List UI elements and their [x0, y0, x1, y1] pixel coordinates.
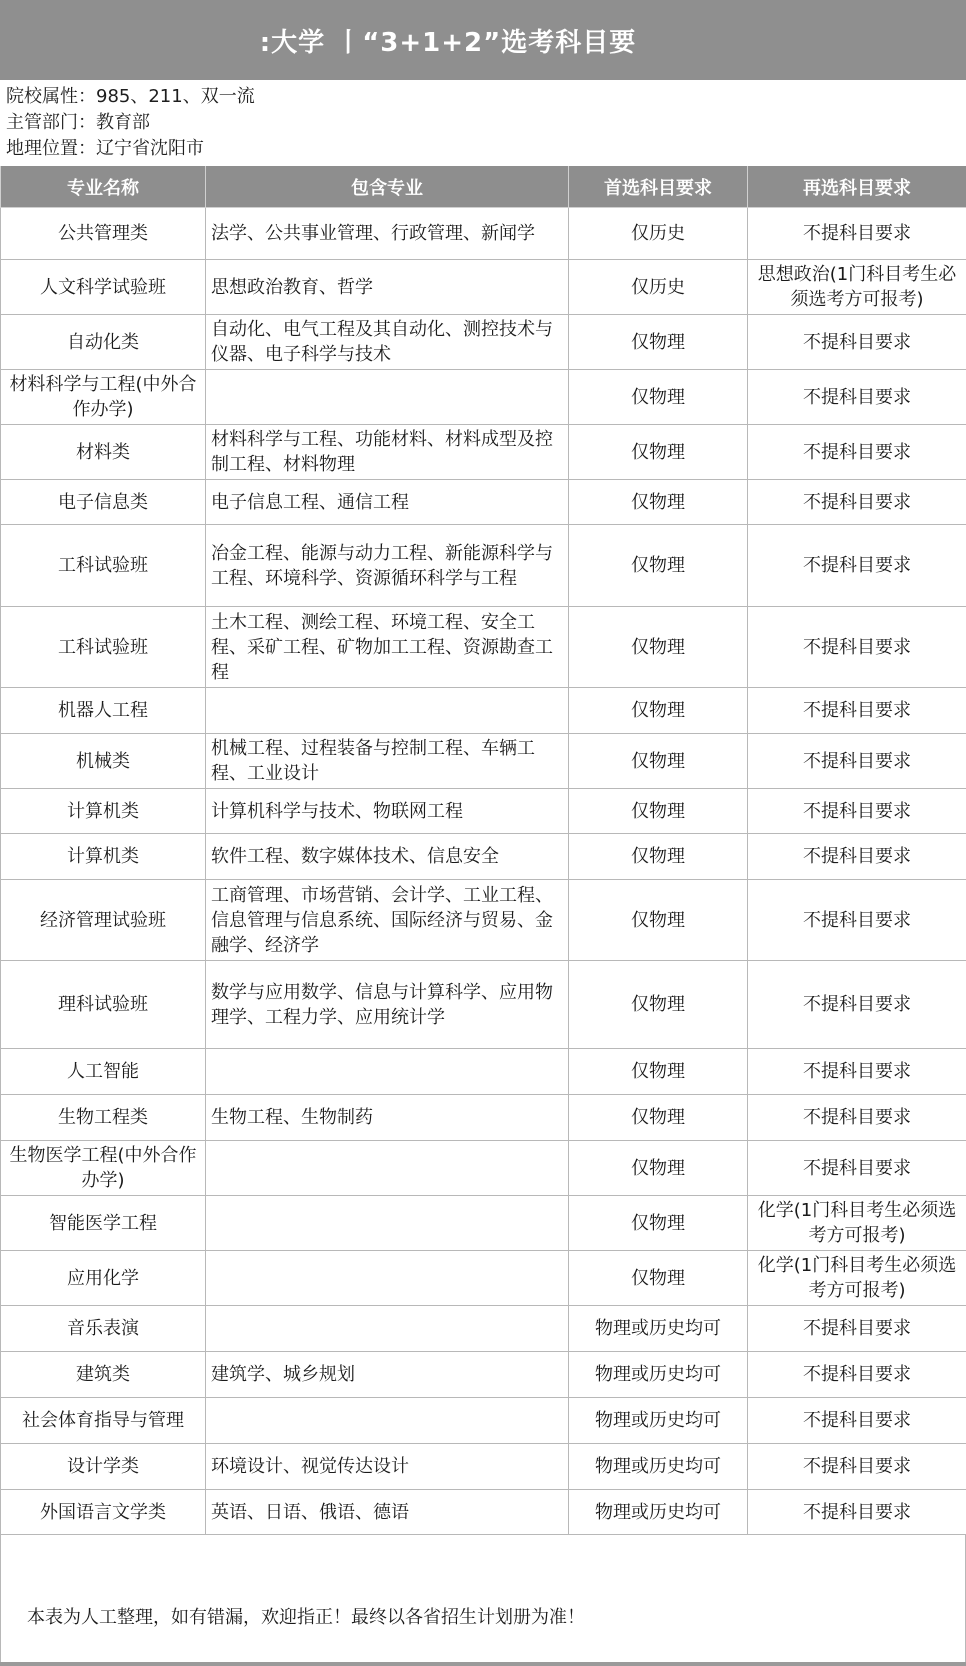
included-majors-cell: 软件工程、数字媒体技术、信息安全 — [206, 834, 569, 880]
included-majors-cell: 思想政治教育、哲学 — [206, 260, 569, 315]
table-row: 机器人工程仅物理不提科目要求 — [1, 688, 966, 734]
page-title: :大学 丨“3+1+2”选考科目要 — [260, 22, 636, 59]
included-majors-cell: 材料科学与工程、功能材料、材料成型及控制工程、材料物理 — [206, 425, 569, 480]
major-name-cell: 材料类 — [1, 425, 206, 480]
table-header-row: 专业名称 包含专业 首选科目要求 再选科目要求 — [1, 166, 966, 208]
table-row: 电子信息类电子信息工程、通信工程仅物理不提科目要求 — [1, 480, 966, 525]
second-subject-cell: 不提科目要求 — [748, 1352, 966, 1398]
table-row: 计算机类计算机科学与技术、物联网工程仅物理不提科目要求 — [1, 789, 966, 834]
table-row: 人文科学试验班思想政治教育、哲学仅历史思想政治(1门科目考生必须选考方可报考) — [1, 260, 966, 315]
major-name-cell: 外国语言文学类 — [1, 1490, 206, 1535]
table-row: 设计学类环境设计、视觉传达设计物理或历史均可不提科目要求 — [1, 1444, 966, 1490]
first-subject-cell: 仅物理 — [569, 370, 748, 425]
first-subject-cell: 仅物理 — [569, 1049, 748, 1095]
title-banner: :大学 丨“3+1+2”选考科目要 — [0, 0, 966, 80]
included-majors-cell: 建筑学、城乡规划 — [206, 1352, 569, 1398]
bottom-border — [0, 1662, 966, 1666]
first-subject-cell: 仅物理 — [569, 734, 748, 789]
table-row: 社会体育指导与管理物理或历史均可不提科目要求 — [1, 1398, 966, 1444]
included-majors-cell — [206, 1196, 569, 1251]
second-subject-cell: 化学(1门科目考生必须选考方可报考) — [748, 1251, 966, 1306]
included-majors-cell — [206, 1306, 569, 1352]
major-name-cell: 理科试验班 — [1, 961, 206, 1049]
major-name-cell: 机械类 — [1, 734, 206, 789]
footer-note: 本表为人工整理，如有错漏，欢迎指正！最终以各省招生计划册为准！ — [27, 1603, 585, 1629]
second-subject-cell: 不提科目要求 — [748, 607, 966, 688]
first-subject-cell: 仅物理 — [569, 480, 748, 525]
second-subject-cell: 不提科目要求 — [748, 208, 966, 260]
major-name-cell: 人文科学试验班 — [1, 260, 206, 315]
header-first-subject: 首选科目要求 — [569, 166, 748, 208]
second-subject-cell: 不提科目要求 — [748, 734, 966, 789]
major-name-cell: 计算机类 — [1, 834, 206, 880]
major-name-cell: 经济管理试验班 — [1, 880, 206, 961]
first-subject-cell: 仅物理 — [569, 525, 748, 607]
major-name-cell: 生物工程类 — [1, 1095, 206, 1141]
school-location: 地理位置：辽宁省沈阳市 — [6, 136, 255, 162]
major-name-cell: 应用化学 — [1, 1251, 206, 1306]
first-subject-cell: 仅历史 — [569, 260, 748, 315]
major-name-cell: 公共管理类 — [1, 208, 206, 260]
header-included-majors: 包含专业 — [206, 166, 569, 208]
header-second-subject: 再选科目要求 — [748, 166, 966, 208]
included-majors-cell: 生物工程、生物制药 — [206, 1095, 569, 1141]
major-name-cell: 工科试验班 — [1, 525, 206, 607]
major-name-cell: 计算机类 — [1, 789, 206, 834]
major-name-cell: 设计学类 — [1, 1444, 206, 1490]
major-name-cell: 机器人工程 — [1, 688, 206, 734]
table-row: 外国语言文学类英语、日语、俄语、德语物理或历史均可不提科目要求 — [1, 1490, 966, 1535]
table-row: 材料科学与工程(中外合作办学)仅物理不提科目要求 — [1, 370, 966, 425]
second-subject-cell: 不提科目要求 — [748, 1398, 966, 1444]
school-info: 院校属性：985、211、双一流 主管部门：教育部 地理位置：辽宁省沈阳市 — [6, 84, 255, 162]
second-subject-cell: 思想政治(1门科目考生必须选考方可报考) — [748, 260, 966, 315]
second-subject-cell: 不提科目要求 — [748, 1141, 966, 1196]
first-subject-cell: 仅物理 — [569, 1095, 748, 1141]
first-subject-cell: 物理或历史均可 — [569, 1490, 748, 1535]
table-row: 工科试验班冶金工程、能源与动力工程、新能源科学与工程、环境科学、资源循环科学与工… — [1, 525, 966, 607]
included-majors-cell: 数学与应用数学、信息与计算科学、应用物理学、工程力学、应用统计学 — [206, 961, 569, 1049]
table-row: 自动化类自动化、电气工程及其自动化、测控技术与仪器、电子科学与技术仅物理不提科目… — [1, 315, 966, 370]
table-row: 应用化学仅物理化学(1门科目考生必须选考方可报考) — [1, 1251, 966, 1306]
first-subject-cell: 仅物理 — [569, 1196, 748, 1251]
table-row: 经济管理试验班工商管理、市场营销、会计学、工业工程、信息管理与信息系统、国际经济… — [1, 880, 966, 961]
table-row: 建筑类建筑学、城乡规划物理或历史均可不提科目要求 — [1, 1352, 966, 1398]
table-row: 音乐表演物理或历史均可不提科目要求 — [1, 1306, 966, 1352]
included-majors-cell: 工商管理、市场营销、会计学、工业工程、信息管理与信息系统、国际经济与贸易、金融学… — [206, 880, 569, 961]
school-attributes: 院校属性：985、211、双一流 — [6, 84, 255, 110]
major-name-cell: 电子信息类 — [1, 480, 206, 525]
first-subject-cell: 物理或历史均可 — [569, 1352, 748, 1398]
second-subject-cell: 不提科目要求 — [748, 688, 966, 734]
second-subject-cell: 不提科目要求 — [748, 834, 966, 880]
second-subject-cell: 不提科目要求 — [748, 370, 966, 425]
first-subject-cell: 仅物理 — [569, 834, 748, 880]
table-row: 理科试验班数学与应用数学、信息与计算科学、应用物理学、工程力学、应用统计学仅物理… — [1, 961, 966, 1049]
first-subject-cell: 仅物理 — [569, 789, 748, 834]
major-name-cell: 人工智能 — [1, 1049, 206, 1095]
footer-note-box: 本表为人工整理，如有错漏，欢迎指正！最终以各省招生计划册为准！ — [0, 1534, 966, 1663]
first-subject-cell: 仅物理 — [569, 315, 748, 370]
table-row: 材料类材料科学与工程、功能材料、材料成型及控制工程、材料物理仅物理不提科目要求 — [1, 425, 966, 480]
included-majors-cell — [206, 1141, 569, 1196]
table-row: 生物医学工程(中外合作办学)仅物理不提科目要求 — [1, 1141, 966, 1196]
major-name-cell: 音乐表演 — [1, 1306, 206, 1352]
first-subject-cell: 仅物理 — [569, 880, 748, 961]
included-majors-cell: 法学、公共事业管理、行政管理、新闻学 — [206, 208, 569, 260]
second-subject-cell: 不提科目要求 — [748, 1444, 966, 1490]
second-subject-cell: 不提科目要求 — [748, 1306, 966, 1352]
included-majors-cell: 冶金工程、能源与动力工程、新能源科学与工程、环境科学、资源循环科学与工程 — [206, 525, 569, 607]
table-row: 机械类机械工程、过程装备与控制工程、车辆工程、工业设计仅物理不提科目要求 — [1, 734, 966, 789]
second-subject-cell: 化学(1门科目考生必须选考方可报考) — [748, 1196, 966, 1251]
table-row: 计算机类软件工程、数字媒体技术、信息安全仅物理不提科目要求 — [1, 834, 966, 880]
included-majors-cell: 自动化、电气工程及其自动化、测控技术与仪器、电子科学与技术 — [206, 315, 569, 370]
major-name-cell: 自动化类 — [1, 315, 206, 370]
major-name-cell: 工科试验班 — [1, 607, 206, 688]
included-majors-cell — [206, 1398, 569, 1444]
second-subject-cell: 不提科目要求 — [748, 525, 966, 607]
major-name-cell: 社会体育指导与管理 — [1, 1398, 206, 1444]
major-name-cell: 生物医学工程(中外合作办学) — [1, 1141, 206, 1196]
included-majors-cell — [206, 1049, 569, 1095]
included-majors-cell — [206, 688, 569, 734]
included-majors-cell: 计算机科学与技术、物联网工程 — [206, 789, 569, 834]
first-subject-cell: 仅物理 — [569, 607, 748, 688]
first-subject-cell: 物理或历史均可 — [569, 1398, 748, 1444]
second-subject-cell: 不提科目要求 — [748, 1095, 966, 1141]
second-subject-cell: 不提科目要求 — [748, 961, 966, 1049]
table-row: 公共管理类法学、公共事业管理、行政管理、新闻学仅历史不提科目要求 — [1, 208, 966, 260]
first-subject-cell: 仅物理 — [569, 1141, 748, 1196]
first-subject-cell: 物理或历史均可 — [569, 1306, 748, 1352]
first-subject-cell: 仅物理 — [569, 688, 748, 734]
subject-requirements-table: 专业名称 包含专业 首选科目要求 再选科目要求 公共管理类法学、公共事业管理、行… — [0, 166, 966, 1535]
second-subject-cell: 不提科目要求 — [748, 1490, 966, 1535]
included-majors-cell: 土木工程、测绘工程、环境工程、安全工程、采矿工程、矿物加工工程、资源勘查工程 — [206, 607, 569, 688]
major-name-cell: 智能医学工程 — [1, 1196, 206, 1251]
second-subject-cell: 不提科目要求 — [748, 880, 966, 961]
second-subject-cell: 不提科目要求 — [748, 480, 966, 525]
second-subject-cell: 不提科目要求 — [748, 315, 966, 370]
header-major-name: 专业名称 — [1, 166, 206, 208]
first-subject-cell: 物理或历史均可 — [569, 1444, 748, 1490]
major-name-cell: 材料科学与工程(中外合作办学) — [1, 370, 206, 425]
first-subject-cell: 仅物理 — [569, 961, 748, 1049]
included-majors-cell: 机械工程、过程装备与控制工程、车辆工程、工业设计 — [206, 734, 569, 789]
table-row: 智能医学工程仅物理化学(1门科目考生必须选考方可报考) — [1, 1196, 966, 1251]
table-row: 人工智能仅物理不提科目要求 — [1, 1049, 966, 1095]
included-majors-cell — [206, 370, 569, 425]
included-majors-cell: 电子信息工程、通信工程 — [206, 480, 569, 525]
second-subject-cell: 不提科目要求 — [748, 789, 966, 834]
included-majors-cell — [206, 1251, 569, 1306]
table-row: 工科试验班土木工程、测绘工程、环境工程、安全工程、采矿工程、矿物加工工程、资源勘… — [1, 607, 966, 688]
second-subject-cell: 不提科目要求 — [748, 425, 966, 480]
first-subject-cell: 仅历史 — [569, 208, 748, 260]
included-majors-cell: 英语、日语、俄语、德语 — [206, 1490, 569, 1535]
major-name-cell: 建筑类 — [1, 1352, 206, 1398]
school-department: 主管部门：教育部 — [6, 110, 255, 136]
second-subject-cell: 不提科目要求 — [748, 1049, 966, 1095]
included-majors-cell: 环境设计、视觉传达设计 — [206, 1444, 569, 1490]
first-subject-cell: 仅物理 — [569, 425, 748, 480]
table-row: 生物工程类生物工程、生物制药仅物理不提科目要求 — [1, 1095, 966, 1141]
first-subject-cell: 仅物理 — [569, 1251, 748, 1306]
